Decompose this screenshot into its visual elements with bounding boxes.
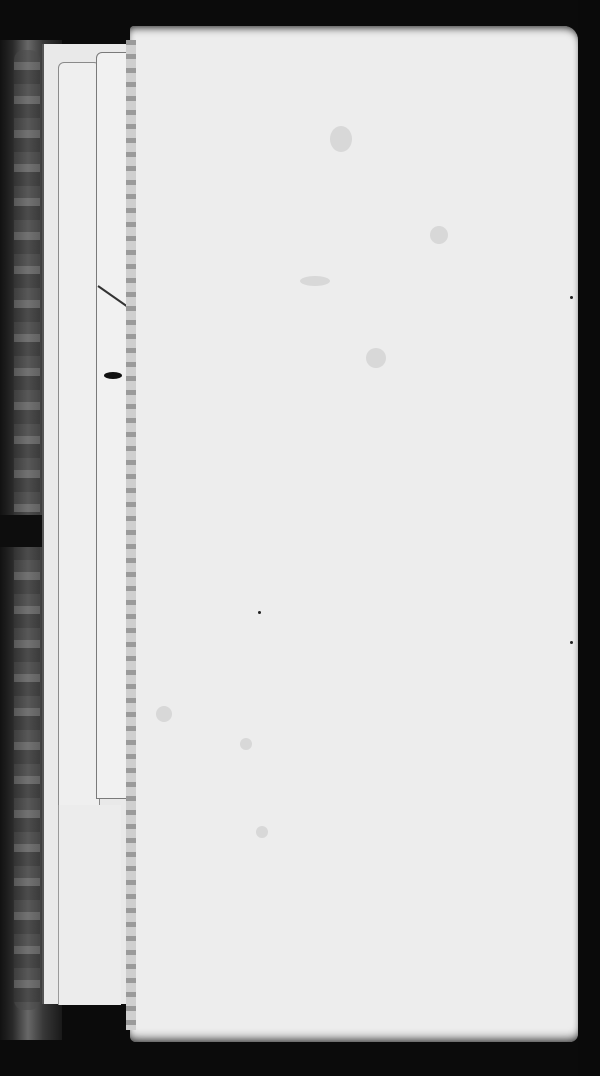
foxing-spot — [366, 348, 386, 368]
foxing-spot — [330, 126, 352, 152]
speck — [570, 296, 573, 299]
page-stub-lower — [58, 805, 121, 1005]
speck — [258, 611, 261, 614]
page-stub-inner — [58, 62, 100, 809]
foxing-spot — [156, 706, 172, 722]
page-binding-edge — [126, 40, 136, 1030]
speck — [570, 641, 573, 644]
foxing-spot — [256, 826, 268, 838]
foxing-spot — [300, 276, 330, 286]
ink-blot — [104, 372, 122, 379]
scan-border-right — [578, 0, 600, 1076]
foxing-spot — [430, 226, 448, 244]
blank-document-page — [130, 26, 578, 1042]
foxing-spot — [240, 738, 252, 750]
